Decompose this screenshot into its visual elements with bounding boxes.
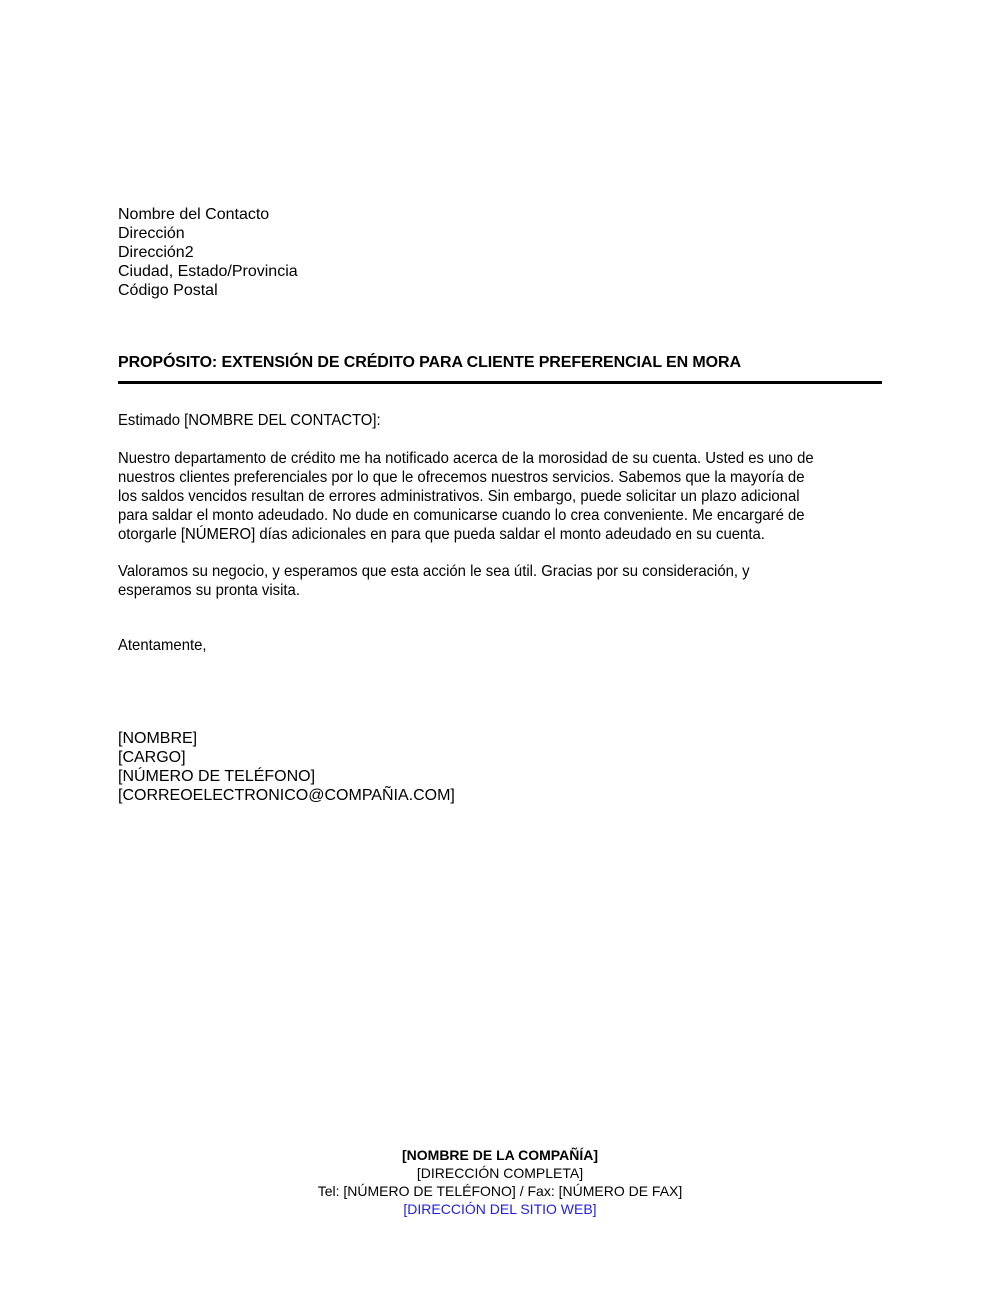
signature-phone: [NÚMERO DE TELÉFONO] xyxy=(118,767,455,786)
letter-page: Nombre del Contacto Dirección Dirección2… xyxy=(0,0,1000,1290)
recipient-address-line1: Dirección xyxy=(118,224,298,243)
body-paragraph-2: Valoramos su negocio, y esperamos que es… xyxy=(118,562,834,600)
signature-block: [NOMBRE] [CARGO] [NÚMERO DE TELÉFONO] [C… xyxy=(118,729,455,805)
body-paragraph-1-line: para saldar el monto adeudado. No dude e… xyxy=(118,506,834,525)
body-paragraph-1: Nuestro departamento de crédito me ha no… xyxy=(118,449,834,544)
purpose-heading: PROPÓSITO: EXTENSIÓN DE CRÉDITO PARA CLI… xyxy=(118,354,741,372)
signature-name: [NOMBRE] xyxy=(118,729,455,748)
footer-contact: Tel: [NÚMERO DE TELÉFONO] / Fax: [NÚMERO… xyxy=(0,1182,1000,1200)
body-paragraph-1-line: los saldos vencidos resultan de errores … xyxy=(118,487,834,506)
body-paragraph-1-line: nuestros clientes preferenciales por lo … xyxy=(118,468,834,487)
company-footer: [NOMBRE DE LA COMPAÑÍA] [DIRECCIÓN COMPL… xyxy=(0,1146,1000,1218)
body-paragraph-2-line: esperamos su pronta visita. xyxy=(118,581,834,600)
footer-company-name: [NOMBRE DE LA COMPAÑÍA] xyxy=(0,1146,1000,1164)
signature-title: [CARGO] xyxy=(118,748,455,767)
heading-divider xyxy=(118,381,882,384)
recipient-name: Nombre del Contacto xyxy=(118,205,298,224)
recipient-city-state: Ciudad, Estado/Provincia xyxy=(118,262,298,281)
greeting: Estimado [NOMBRE DEL CONTACTO]: xyxy=(118,411,381,430)
recipient-postal-code: Código Postal xyxy=(118,281,298,300)
body-paragraph-2-line: Valoramos su negocio, y esperamos que es… xyxy=(118,562,834,581)
footer-address: [DIRECCIÓN COMPLETA] xyxy=(0,1164,1000,1182)
body-paragraph-1-line: otorgarle [NÚMERO] días adicionales en p… xyxy=(118,525,834,544)
footer-website-link[interactable]: [DIRECCIÓN DEL SITIO WEB] xyxy=(0,1200,1000,1218)
recipient-address-block: Nombre del Contacto Dirección Dirección2… xyxy=(118,205,298,300)
signature-email: [CORREOELECTRONICO@COMPAÑIA.COM] xyxy=(118,786,455,805)
closing: Atentamente, xyxy=(118,636,207,655)
body-paragraph-1-line: Nuestro departamento de crédito me ha no… xyxy=(118,449,834,468)
recipient-address-line2: Dirección2 xyxy=(118,243,298,262)
